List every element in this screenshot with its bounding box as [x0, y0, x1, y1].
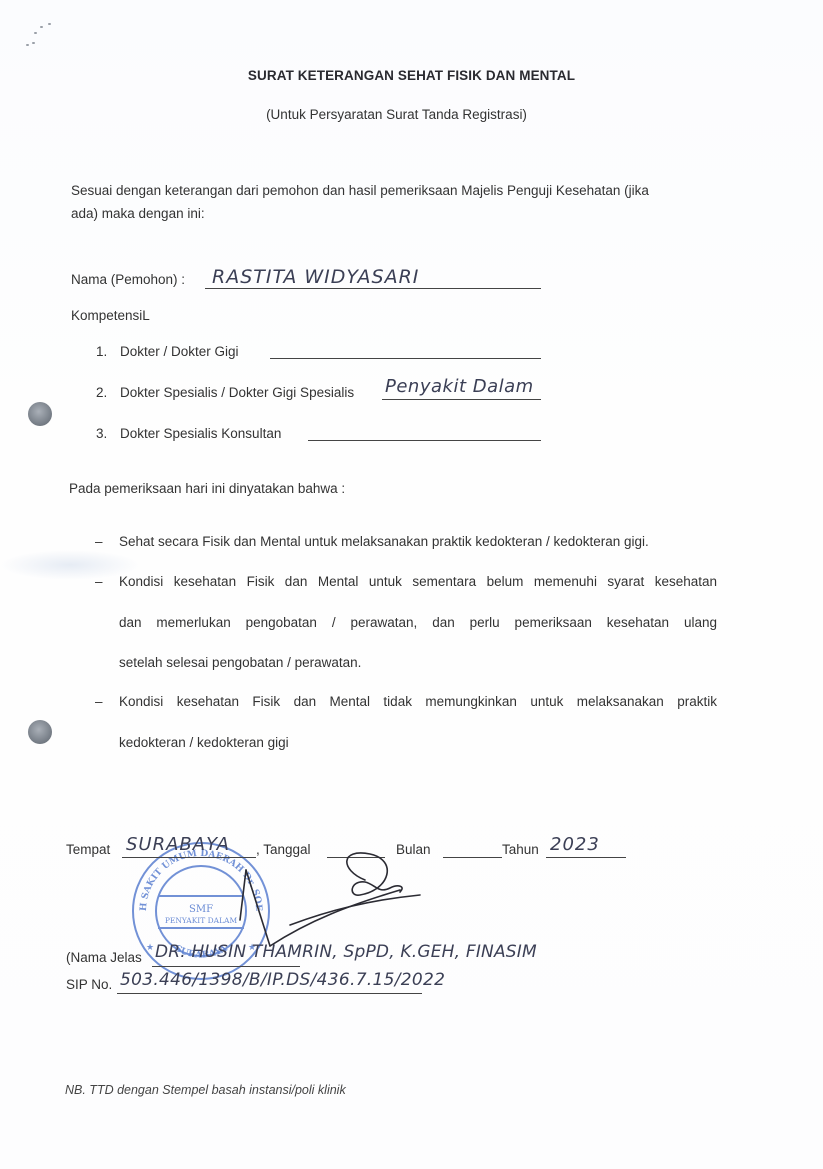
place-value[interactable]: SURABAYA — [126, 834, 230, 855]
svg-text:SMF: SMF — [189, 904, 213, 915]
svg-text:★: ★ — [146, 942, 154, 952]
statement-dash: – — [95, 694, 103, 709]
statement-2-line-1: Kondisi kesehatan Fisik dan Mental untuk… — [119, 574, 717, 589]
statement-dash: – — [95, 534, 103, 549]
full-name-value[interactable]: DR. HUSIN THAMRIN, SpPD, K.GEH, FINASIM — [155, 942, 537, 962]
month-field[interactable] — [443, 857, 502, 858]
competency-num: 2. — [96, 385, 107, 400]
competency-underline-2 — [382, 399, 541, 400]
competency-field-3[interactable] — [308, 440, 541, 441]
year-value[interactable]: 2023 — [550, 834, 600, 855]
footer-note: NB. TTD dengan Stempel basah instansi/po… — [65, 1083, 346, 1097]
competency-label-2: Dokter Spesialis / Dokter Gigi Spesialis — [120, 385, 354, 400]
competency-field-2[interactable]: Penyakit Dalam — [385, 376, 534, 397]
sip-underline — [117, 993, 422, 994]
intro-text-line-1: Sesuai dengan keterangan dari pemohon da… — [71, 183, 649, 198]
statement-3-line-1: Kondisi kesehatan Fisik dan Mental tidak… — [119, 694, 717, 709]
exam-intro: Pada pemeriksaan hari ini dinyatakan bah… — [69, 481, 345, 496]
competency-label-1: Dokter / Dokter Gigi — [120, 344, 239, 359]
competency-field-1[interactable] — [270, 358, 541, 359]
full-name-underline — [152, 966, 300, 967]
intro-text-line-2: ada) maka dengan ini: — [71, 206, 205, 221]
document-title: SURAT KETERANGAN SEHAT FISIK DAN MENTAL — [0, 68, 823, 83]
statement-3-line-2: kedokteran / kedokteran gigi — [119, 735, 289, 750]
year-label: Tahun — [502, 842, 539, 857]
statement-1-line-1: Sehat secara Fisik dan Mental untuk mela… — [119, 534, 649, 549]
sip-label: SIP No. — [66, 977, 112, 992]
statement-2-line-2: dan memerlukan pengobatan / perawatan, d… — [119, 615, 717, 630]
competency-num: 1. — [96, 344, 107, 359]
statement-dash: – — [95, 574, 103, 589]
statement-2-line-3: setelah selesai pengobatan / perawatan. — [119, 655, 361, 670]
place-label: Tempat — [66, 842, 110, 857]
document-page: SURAT KETERANGAN SEHAT FISIK DAN MENTAL … — [0, 0, 823, 1169]
competency-num: 3. — [96, 426, 107, 441]
name-value[interactable]: RASTITA WIDYASARI — [212, 266, 419, 288]
competency-label-3: Dokter Spesialis Konsultan — [120, 426, 281, 441]
punch-hole-icon — [28, 720, 52, 744]
name-underline — [205, 288, 541, 289]
punch-hole-icon — [28, 402, 52, 426]
svg-text:PENYAKIT DALAM: PENYAKIT DALAM — [165, 916, 238, 925]
competency-label: KompetensiL — [71, 308, 150, 323]
scan-specks — [20, 20, 60, 60]
year-underline — [546, 857, 626, 858]
document-subtitle: (Untuk Persyaratan Surat Tanda Registras… — [0, 107, 793, 122]
name-label: Nama (Pemohon) : — [71, 272, 185, 287]
full-name-label: (Nama Jelas — [66, 950, 142, 965]
sip-value[interactable]: 503.446/1398/B/IP.DS/436.7.15/2022 — [120, 970, 445, 990]
